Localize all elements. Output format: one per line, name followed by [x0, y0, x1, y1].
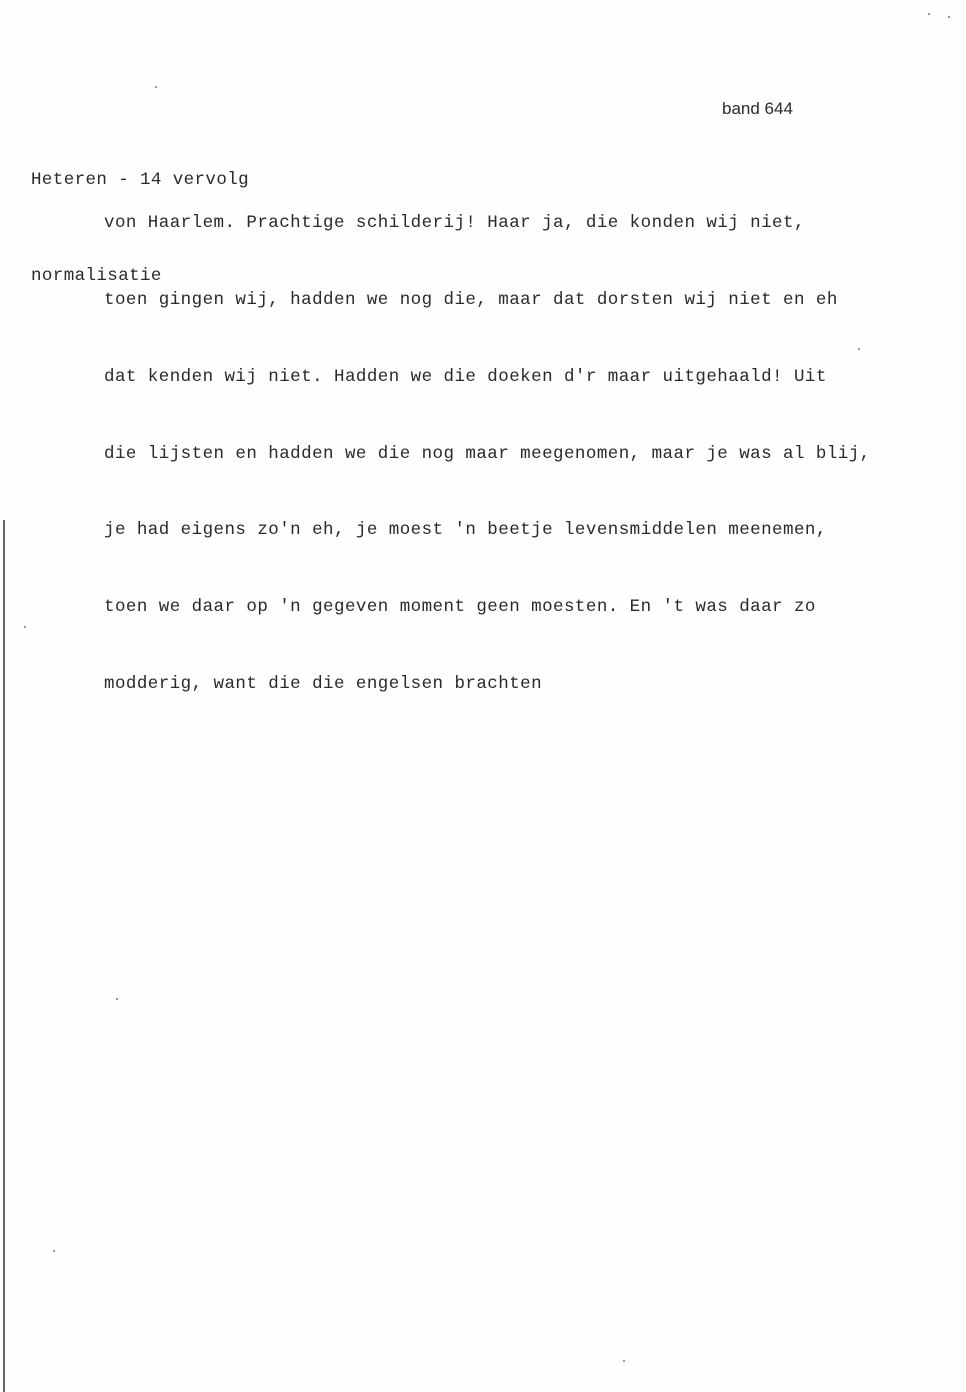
- transcript-line: modderig, want die die engelsen brachten: [104, 672, 871, 698]
- transcript-line: dat kenden wij niet. Hadden we die doeke…: [104, 365, 871, 391]
- transcript-line: von Haarlem. Prachtige schilderij! Haar …: [104, 211, 871, 237]
- typewritten-page: Heteren - 14 vervolg normalisatie band 6…: [0, 0, 966, 1392]
- tape-label: band 644: [722, 97, 793, 121]
- scan-speck: [623, 1360, 625, 1362]
- scan-speck: [858, 348, 860, 350]
- page-edge-line: [3, 520, 5, 1392]
- transcript-line: je had eigens zo'n eh, je moest 'n beetj…: [104, 518, 871, 544]
- transcript-line: toen we daar op 'n gegeven moment geen m…: [104, 595, 871, 621]
- scan-speck: [24, 626, 26, 628]
- scan-speck: [948, 16, 950, 18]
- scan-speck: [928, 13, 930, 15]
- transcript-line: die lijsten en hadden we die nog maar me…: [104, 442, 871, 468]
- scan-speck: [116, 998, 118, 1000]
- transcript-line: toen gingen wij, hadden we nog die, maar…: [104, 288, 871, 314]
- scan-speck: [53, 1250, 55, 1252]
- transcript-body: von Haarlem. Prachtige schilderij! Haar …: [104, 160, 871, 749]
- scan-speck: [155, 86, 157, 88]
